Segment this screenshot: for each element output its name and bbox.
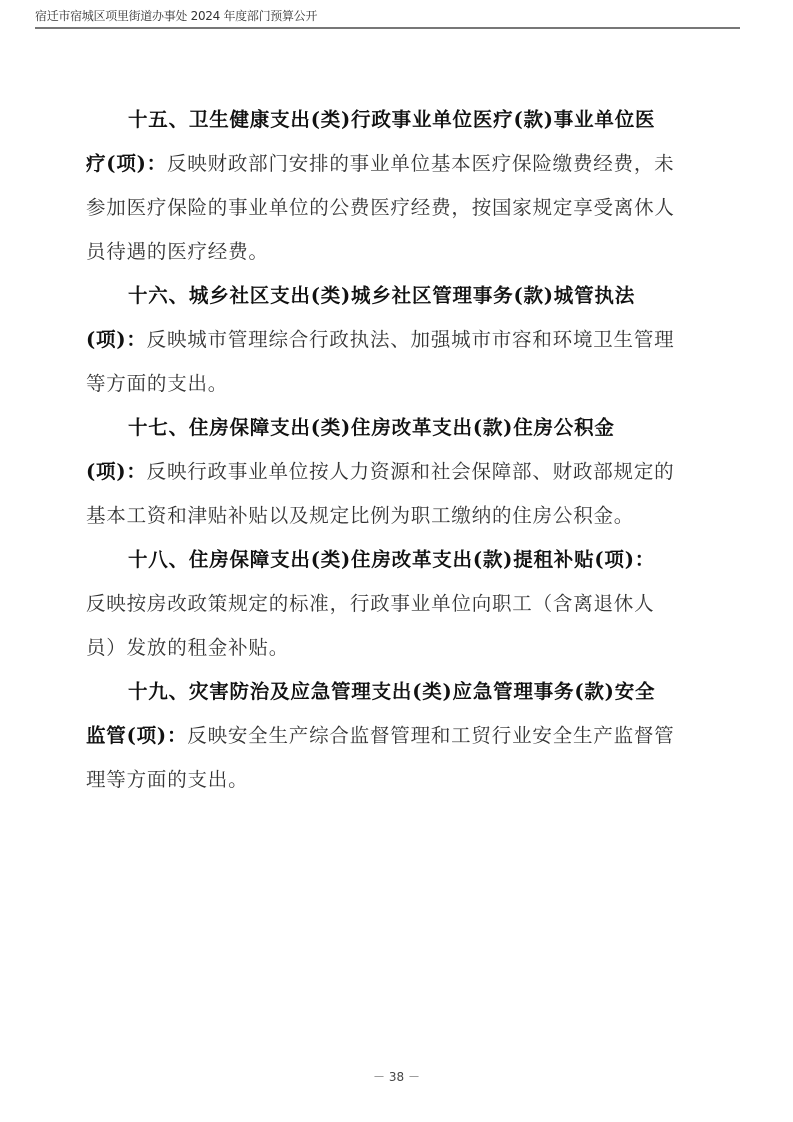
heading-text: (项)：: [86, 460, 147, 483]
body-text: 反映财政部门安排的事业单位基本医疗保险缴费经费，未: [167, 152, 675, 175]
paragraph-15: 十五、卫生健康支出(类)行政事业单位医疗(款)事业单位医 疗(项)：反映财政部门…: [86, 100, 714, 276]
line: 十七、住房保障支出(类)住房改革支出(款)住房公积金: [86, 408, 714, 452]
line: 基本工资和津贴补贴以及规定比例为职工缴纳的住房公积金。: [86, 496, 714, 540]
line: 员待遇的医疗经费。: [86, 232, 714, 276]
body-text: 反映安全生产综合监督管理和工贸行业安全生产监督管: [187, 724, 674, 747]
body-text: 反映按房改政策规定的标准，行政事业单位向职工（含离退休人: [86, 592, 654, 615]
line: 十五、卫生健康支出(类)行政事业单位医疗(款)事业单位医: [86, 100, 714, 144]
header-divider: [35, 27, 740, 29]
body-text: 参加医疗保险的事业单位的公费医疗经费，按国家规定享受离休人: [86, 196, 675, 219]
line: (项)：反映行政事业单位按人力资源和社会保障部、财政部规定的: [86, 452, 714, 496]
heading-text: 十六、城乡社区支出(类)城乡社区管理事务(款)城管执法: [128, 284, 635, 307]
line: 参加医疗保险的事业单位的公费医疗经费，按国家规定享受离休人: [86, 188, 714, 232]
heading-text: 疗(项)：: [86, 152, 167, 175]
body-text: 反映城市管理综合行政执法、加强城市市容和环境卫生管理: [147, 328, 675, 351]
heading-text: 十七、住房保障支出(类)住房改革支出(款)住房公积金: [128, 416, 615, 439]
line: 等方面的支出。: [86, 364, 714, 408]
line: 十六、城乡社区支出(类)城乡社区管理事务(款)城管执法: [86, 276, 714, 320]
document-body: 十五、卫生健康支出(类)行政事业单位医疗(款)事业单位医 疗(项)：反映财政部门…: [86, 100, 714, 804]
paragraph-17: 十七、住房保障支出(类)住房改革支出(款)住房公积金 (项)：反映行政事业单位按…: [86, 408, 714, 540]
line: 十九、灾害防治及应急管理支出(类)应急管理事务(款)安全: [86, 672, 714, 716]
header-title: 宿迁市宿城区项里街道办事处 2024 年度部门预算公开: [35, 8, 740, 24]
heading-text: (项)：: [86, 328, 147, 351]
line: 疗(项)：反映财政部门安排的事业单位基本医疗保险缴费经费，未: [86, 144, 714, 188]
heading-text: 监管(项)：: [86, 724, 187, 747]
line: 理等方面的支出。: [86, 760, 714, 804]
line: 监管(项)：反映安全生产综合监督管理和工贸行业安全生产监督管: [86, 716, 714, 760]
paragraph-16: 十六、城乡社区支出(类)城乡社区管理事务(款)城管执法 (项)：反映城市管理综合…: [86, 276, 714, 408]
line: 反映按房改政策规定的标准，行政事业单位向职工（含离退休人: [86, 584, 714, 628]
heading-text: 十八、住房保障支出(类)住房改革支出(款)提租补贴(项)：: [128, 548, 655, 571]
body-text: 反映行政事业单位按人力资源和社会保障部、财政部规定的: [147, 460, 675, 483]
page-header: 宿迁市宿城区项里街道办事处 2024 年度部门预算公开: [35, 8, 740, 24]
line: (项)：反映城市管理综合行政执法、加强城市市容和环境卫生管理: [86, 320, 714, 364]
paragraph-19: 十九、灾害防治及应急管理支出(类)应急管理事务(款)安全 监管(项)：反映安全生…: [86, 672, 714, 804]
body-text: 等方面的支出。: [86, 372, 228, 395]
body-text: 基本工资和津贴补贴以及规定比例为职工缴纳的住房公积金。: [86, 504, 634, 527]
body-text: 员待遇的医疗经费。: [86, 240, 269, 263]
paragraph-18: 十八、住房保障支出(类)住房改革支出(款)提租补贴(项)： 反映按房改政策规定的…: [86, 540, 714, 672]
line: 员）发放的租金补贴。: [86, 628, 714, 672]
line: 十八、住房保障支出(类)住房改革支出(款)提租补贴(项)：: [86, 540, 714, 584]
page-number: － 38 －: [0, 1068, 793, 1085]
body-text: 理等方面的支出。: [86, 768, 248, 791]
heading-text: 十五、卫生健康支出(类)行政事业单位医疗(款)事业单位医: [128, 108, 655, 131]
heading-text: 十九、灾害防治及应急管理支出(类)应急管理事务(款)安全: [128, 680, 655, 703]
body-text: 员）发放的租金补贴。: [86, 636, 289, 659]
